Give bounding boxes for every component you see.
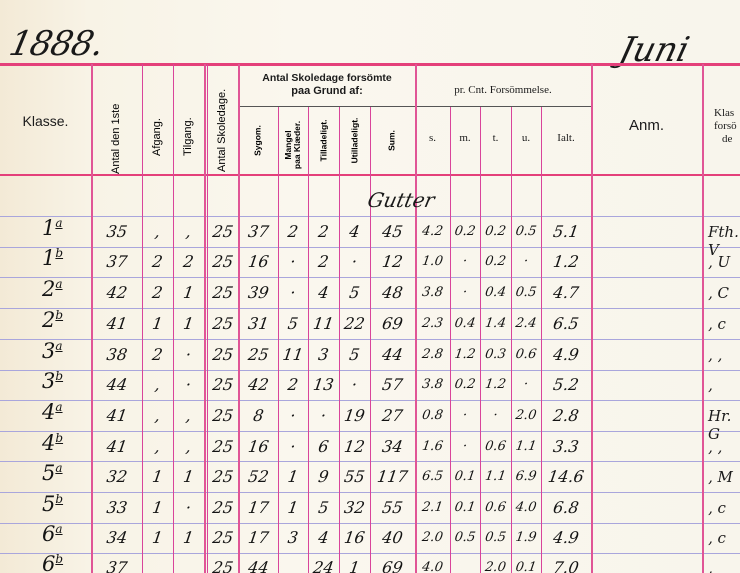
cell-u: 0.6 bbox=[510, 347, 542, 362]
klasse-cell: 3a bbox=[42, 339, 63, 363]
cell-mangel: 1 bbox=[277, 498, 310, 517]
cell-utill: 19 bbox=[338, 406, 372, 425]
cell-antal: 37 bbox=[91, 252, 144, 271]
klasse-division: b bbox=[55, 552, 63, 566]
cell-utill: 22 bbox=[338, 314, 372, 333]
next-column-cell: ‚ M bbox=[708, 468, 733, 486]
klasse-division: b bbox=[55, 308, 63, 322]
klasse-cell: 2a bbox=[42, 277, 63, 301]
cell-m: · bbox=[449, 408, 481, 423]
klasse-division: b bbox=[55, 246, 63, 260]
cell-utill: · bbox=[338, 375, 372, 394]
cell-s: 4.2 bbox=[414, 224, 451, 239]
cell-till: · bbox=[307, 406, 341, 425]
cell-mangel: 3 bbox=[277, 528, 310, 547]
cell-t: 0.2 bbox=[479, 254, 512, 269]
header-utilladeligt: Utilladeligt. bbox=[351, 111, 360, 171]
next-column-cell: ‚ C bbox=[708, 284, 729, 302]
cell-mangel: 1 bbox=[277, 467, 310, 486]
header-afgang: Afgang. bbox=[151, 96, 163, 156]
cell-antal: 42 bbox=[91, 283, 144, 302]
cell-utill: 5 bbox=[338, 283, 372, 302]
next-column-cell: ‚ U bbox=[708, 253, 730, 271]
cell-t: 0.6 bbox=[479, 500, 512, 515]
cell-till: 11 bbox=[307, 314, 341, 333]
header-next-line3: de bbox=[714, 133, 740, 146]
klasse-division: a bbox=[55, 522, 62, 536]
cell-s: 1.0 bbox=[414, 254, 451, 269]
cell-mangel: 2 bbox=[277, 375, 310, 394]
klasse-cell: 5a bbox=[42, 461, 63, 485]
cell-sygom: 16 bbox=[238, 437, 280, 456]
cell-s: 4.0 bbox=[414, 560, 451, 573]
cell-till: 5 bbox=[307, 498, 341, 517]
header-t: t. bbox=[480, 132, 511, 144]
cell-till: 6 bbox=[307, 437, 341, 456]
header-next-line1: Klas bbox=[714, 107, 740, 120]
cell-sygom: 8 bbox=[238, 406, 280, 425]
cell-ialt: 14.6 bbox=[540, 467, 593, 486]
cell-m: 0.1 bbox=[449, 469, 481, 484]
cell-ialt: 6.8 bbox=[540, 498, 593, 517]
header-antal-den-1ste: Antal den 1ste bbox=[110, 78, 122, 174]
cell-mangel: · bbox=[277, 406, 310, 425]
cell-sygom: 31 bbox=[238, 314, 280, 333]
cell-ialt: 7.0 bbox=[540, 558, 593, 573]
klasse-division: a bbox=[55, 216, 62, 230]
cell-u: 1.1 bbox=[510, 439, 542, 454]
cell-afgang: 1 bbox=[141, 467, 175, 486]
cell-mangel: 5 bbox=[277, 314, 310, 333]
cell-mangel: 11 bbox=[277, 345, 310, 364]
cell-antal: 41 bbox=[91, 314, 144, 333]
cell-m: · bbox=[449, 439, 481, 454]
cell-ialt: 2.8 bbox=[540, 406, 593, 425]
header-anm: Anm. bbox=[591, 117, 702, 134]
next-column-cell: ‚ c bbox=[708, 499, 726, 517]
klasse-cell: 3b bbox=[42, 369, 63, 393]
cell-m: 0.4 bbox=[449, 316, 481, 331]
ledger-page: 1888. Juni Klasse. Antal den 1ste Afgang… bbox=[0, 0, 740, 573]
cell-sygom: 25 bbox=[238, 345, 280, 364]
header-s: s. bbox=[415, 132, 450, 144]
klasse-cell: 6b bbox=[42, 552, 63, 573]
cell-till: 9 bbox=[307, 467, 341, 486]
cell-dage: 25 bbox=[206, 406, 241, 425]
cell-t: 1.4 bbox=[479, 316, 512, 331]
next-column-cell: ‚ c bbox=[708, 315, 726, 333]
header-sum: Sum. bbox=[388, 121, 397, 161]
cell-dage: 25 bbox=[206, 498, 241, 517]
cell-dage: 25 bbox=[206, 437, 241, 456]
klasse-cell: 4b bbox=[42, 431, 63, 455]
klasse-number: 3 bbox=[42, 339, 55, 363]
cell-tilgang: ‚ bbox=[172, 406, 206, 425]
cell-till: 3 bbox=[307, 345, 341, 364]
cell-u: · bbox=[510, 377, 542, 392]
cell-tilgang: 1 bbox=[172, 283, 206, 302]
klasse-number: 1 bbox=[42, 246, 55, 270]
klasse-cell: 1a bbox=[42, 216, 63, 240]
klasse-number: 3 bbox=[42, 369, 55, 393]
cell-sygom: 16 bbox=[238, 252, 280, 271]
cell-s: 1.6 bbox=[414, 439, 451, 454]
cell-ialt: 4.9 bbox=[540, 345, 593, 364]
klasse-division: b bbox=[55, 369, 63, 383]
cell-dage: 25 bbox=[206, 222, 241, 241]
cell-u: 0.5 bbox=[510, 285, 542, 300]
klasse-cell: 5b bbox=[42, 492, 63, 516]
cell-till: 4 bbox=[307, 283, 341, 302]
cell-t: 1.2 bbox=[479, 377, 512, 392]
cell-m: 0.2 bbox=[449, 224, 481, 239]
cell-antal: 41 bbox=[91, 406, 144, 425]
next-column-cell: ‚ ‚ bbox=[708, 438, 722, 456]
cell-utill: 55 bbox=[338, 467, 372, 486]
cell-tilgang: · bbox=[172, 498, 206, 517]
header-top-rule bbox=[0, 63, 740, 66]
cell-till: 2 bbox=[307, 252, 341, 271]
cell-s: 2.0 bbox=[414, 530, 451, 545]
header-next-column: Klas forsö de bbox=[704, 107, 740, 146]
cell-sygom: 42 bbox=[238, 375, 280, 394]
cell-till: 13 bbox=[307, 375, 341, 394]
cell-sum: 12 bbox=[369, 252, 417, 271]
klasse-cell: 4a bbox=[42, 400, 63, 424]
header-antal-skoledage: Antal Skoledage. bbox=[216, 72, 228, 172]
klasse-number: 6 bbox=[42, 522, 55, 546]
cell-sum: 69 bbox=[369, 314, 417, 333]
cell-ialt: 6.5 bbox=[540, 314, 593, 333]
klasse-division: a bbox=[55, 461, 62, 475]
cell-u: 2.4 bbox=[510, 316, 542, 331]
cell-utill: · bbox=[338, 252, 372, 271]
cell-m: 0.2 bbox=[449, 377, 481, 392]
cell-t: 0.5 bbox=[479, 530, 512, 545]
cell-m: 0.1 bbox=[449, 500, 481, 515]
cell-tilgang: · bbox=[172, 375, 206, 394]
header-mangel: Mangel paa Klæder. bbox=[284, 116, 302, 174]
klasse-number: 4 bbox=[42, 400, 55, 424]
header-pct-group: pr. Cnt. Forsömmelse. bbox=[415, 84, 591, 96]
cell-dage: 25 bbox=[206, 252, 241, 271]
cell-mangel: · bbox=[277, 283, 310, 302]
cell-till: 4 bbox=[307, 528, 341, 547]
cell-afgang: 2 bbox=[141, 252, 175, 271]
header-next-line2: forsö bbox=[714, 120, 740, 133]
cell-s: 6.5 bbox=[414, 469, 451, 484]
cell-utill: 12 bbox=[338, 437, 372, 456]
header-forsomte-line2: paa Grund af: bbox=[239, 85, 415, 98]
cell-sygom: 17 bbox=[238, 528, 280, 547]
klasse-number: 5 bbox=[42, 492, 55, 516]
klasse-division: b bbox=[55, 492, 63, 506]
cell-sum: 69 bbox=[369, 558, 417, 573]
klasse-number: 5 bbox=[42, 461, 55, 485]
cell-sum: 27 bbox=[369, 406, 417, 425]
cell-u: · bbox=[510, 254, 542, 269]
header-mangel-line2: paa Klæder. bbox=[293, 116, 302, 174]
klasse-division: b bbox=[55, 431, 63, 445]
header-klasse: Klasse. bbox=[0, 113, 91, 129]
cell-u: 0.1 bbox=[510, 560, 542, 573]
cell-afgang: 2 bbox=[141, 345, 175, 364]
cell-afgang: ‚ bbox=[141, 406, 175, 425]
cell-tilgang: · bbox=[172, 345, 206, 364]
klasse-division: a bbox=[55, 400, 62, 414]
cell-ialt: 4.7 bbox=[540, 283, 593, 302]
cell-ialt: 4.9 bbox=[540, 528, 593, 547]
cell-utill: 1 bbox=[338, 558, 372, 573]
cell-utill: 32 bbox=[338, 498, 372, 517]
klasse-division: a bbox=[55, 277, 62, 291]
cell-sygom: 44 bbox=[238, 558, 280, 573]
cell-afgang: 1 bbox=[141, 528, 175, 547]
cell-u: 1.9 bbox=[510, 530, 542, 545]
cell-u: 0.5 bbox=[510, 224, 542, 239]
klasse-cell: 1b bbox=[42, 246, 63, 270]
cell-antal: 34 bbox=[91, 528, 144, 547]
cell-tilgang: 1 bbox=[172, 467, 206, 486]
header-sygom: Sygom. bbox=[254, 117, 263, 165]
header-u: u. bbox=[511, 132, 541, 144]
cell-dage: 25 bbox=[206, 558, 241, 573]
cell-tilgang: 2 bbox=[172, 252, 206, 271]
cell-antal: 38 bbox=[91, 345, 144, 364]
next-column-cell: ‚ c bbox=[708, 529, 726, 547]
cell-dage: 25 bbox=[206, 467, 241, 486]
cell-s: 2.8 bbox=[414, 347, 451, 362]
cell-tilgang: 1 bbox=[172, 528, 206, 547]
cell-s: 0.8 bbox=[414, 408, 451, 423]
cell-sum: 55 bbox=[369, 498, 417, 517]
cell-s: 2.1 bbox=[414, 500, 451, 515]
cell-afgang: ‚ bbox=[141, 375, 175, 394]
cell-u: 6.9 bbox=[510, 469, 542, 484]
cell-afgang: 1 bbox=[141, 498, 175, 517]
cell-s: 3.8 bbox=[414, 285, 451, 300]
cell-t: 2.0 bbox=[479, 560, 512, 573]
cell-tilgang: 1 bbox=[172, 314, 206, 333]
cell-u: 4.0 bbox=[510, 500, 542, 515]
cell-antal: 32 bbox=[91, 467, 144, 486]
cell-ialt: 5.1 bbox=[540, 222, 593, 241]
cell-till: 24 bbox=[307, 558, 341, 573]
cell-dage: 25 bbox=[206, 314, 241, 333]
header-tilladeligt: Tilladeligt. bbox=[320, 111, 329, 171]
cell-tilgang: ‚ bbox=[172, 222, 206, 241]
cell-afgang: 1 bbox=[141, 314, 175, 333]
klasse-number: 2 bbox=[42, 308, 55, 332]
cell-dage: 25 bbox=[206, 528, 241, 547]
header-forsomte-group: Antal Skoledage forsömte paa Grund af: bbox=[239, 72, 415, 98]
cell-dage: 25 bbox=[206, 283, 241, 302]
cell-tilgang: ‚ bbox=[172, 437, 206, 456]
cell-sum: 34 bbox=[369, 437, 417, 456]
cell-till: 2 bbox=[307, 222, 341, 241]
cell-t: 0.2 bbox=[479, 224, 512, 239]
cell-s: 3.8 bbox=[414, 377, 451, 392]
cell-antal: 44 bbox=[91, 375, 144, 394]
cell-sygom: 37 bbox=[238, 222, 280, 241]
cell-t: 1.1 bbox=[479, 469, 512, 484]
next-column-cell: ‚ bbox=[708, 376, 713, 394]
klasse-cell: 6a bbox=[42, 522, 63, 546]
cell-m: 0.5 bbox=[449, 530, 481, 545]
klasse-number: 4 bbox=[42, 431, 55, 455]
klasse-number: 6 bbox=[42, 552, 55, 573]
cell-sygom: 52 bbox=[238, 467, 280, 486]
header-tilgang: Tilgang. bbox=[182, 96, 194, 156]
cell-m: · bbox=[449, 285, 481, 300]
cell-sum: 44 bbox=[369, 345, 417, 364]
klasse-division: a bbox=[55, 339, 62, 353]
cell-m: 1.2 bbox=[449, 347, 481, 362]
cell-sygom: 17 bbox=[238, 498, 280, 517]
cell-utill: 5 bbox=[338, 345, 372, 364]
cell-sum: 48 bbox=[369, 283, 417, 302]
cell-t: 0.4 bbox=[479, 285, 512, 300]
cell-t: · bbox=[479, 408, 512, 423]
cell-u: 2.0 bbox=[510, 408, 542, 423]
cell-afgang: ‚ bbox=[141, 222, 175, 241]
cell-s: 2.3 bbox=[414, 316, 451, 331]
cell-sygom: 39 bbox=[238, 283, 280, 302]
cell-utill: 16 bbox=[338, 528, 372, 547]
cell-sum: 117 bbox=[369, 467, 417, 486]
header-ialt: Ialt. bbox=[541, 132, 591, 144]
section-label-gutter: Gutter bbox=[365, 188, 436, 212]
cell-mangel: · bbox=[277, 437, 310, 456]
cell-mangel: · bbox=[277, 252, 310, 271]
cell-afgang: ‚ bbox=[141, 437, 175, 456]
year-heading: 1888. bbox=[6, 24, 107, 64]
cell-sum: 40 bbox=[369, 528, 417, 547]
cell-antal: 35 bbox=[91, 222, 144, 241]
cell-dage: 25 bbox=[206, 375, 241, 394]
header-m: m. bbox=[450, 132, 480, 144]
cell-dage: 25 bbox=[206, 345, 241, 364]
klasse-number: 1 bbox=[42, 216, 55, 240]
cell-utill: 4 bbox=[338, 222, 372, 241]
cell-afgang: 2 bbox=[141, 283, 175, 302]
cell-m: · bbox=[449, 254, 481, 269]
cell-mangel: 2 bbox=[277, 222, 310, 241]
cell-antal: 41 bbox=[91, 437, 144, 456]
header-forsomte-line1: Antal Skoledage forsömte bbox=[239, 72, 415, 85]
cell-antal: 37 bbox=[91, 558, 144, 573]
klasse-cell: 2b bbox=[42, 308, 63, 332]
cell-ialt: 5.2 bbox=[540, 375, 593, 394]
next-column-cell: ‚ ‚ bbox=[708, 346, 722, 364]
cell-sum: 57 bbox=[369, 375, 417, 394]
next-column-cell: ‚ bbox=[708, 559, 713, 573]
cell-ialt: 3.3 bbox=[540, 437, 593, 456]
cell-t: 0.6 bbox=[479, 439, 512, 454]
klasse-number: 2 bbox=[42, 277, 55, 301]
cell-ialt: 1.2 bbox=[540, 252, 593, 271]
cell-sum: 45 bbox=[369, 222, 417, 241]
cell-antal: 33 bbox=[91, 498, 144, 517]
cell-t: 0.3 bbox=[479, 347, 512, 362]
